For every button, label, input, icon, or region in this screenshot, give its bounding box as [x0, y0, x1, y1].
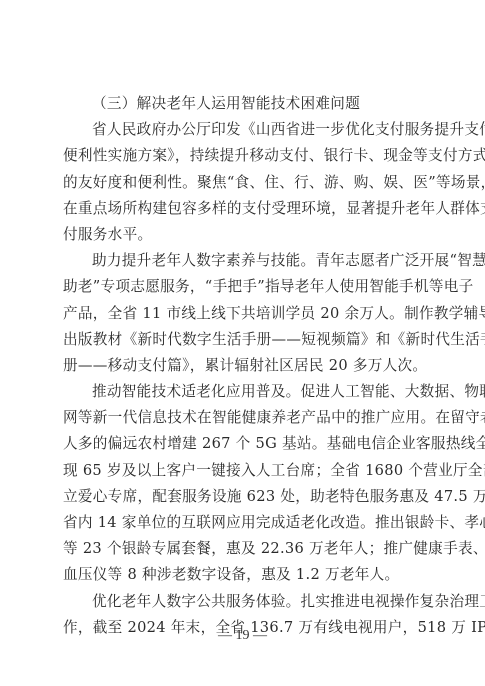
section-heading: （三）解决老年人运用智能技术困难问题	[63, 91, 425, 117]
paragraph-line: 在重点场所构建包容多样的支付受理环境，显著提升老年人群体支	[63, 196, 425, 222]
paragraph-line: 产品，全省 11 市线上线下共培训学员 20 余万人。制作教学辅导视频，	[63, 301, 425, 327]
paragraph-line: 册——移动支付篇》，累计辐射社区居民 20 多万人次。	[63, 353, 425, 379]
page-number: — 19 —	[0, 628, 485, 644]
paragraph-line: 现 65 岁及以上客户一键接入人工台席；全省 1680 个营业厅全部设	[63, 458, 425, 484]
paragraph-line: 助力提升老年人数字素养与技能。青年志愿者广泛开展“智慧	[63, 248, 425, 274]
paragraph-line: 省人民政府办公厅印发《山西省进一步优化支付服务提升支付	[63, 117, 425, 143]
paragraph-line: 便利性实施方案》，持续提升移动支付、银行卡、现金等支付方式	[63, 143, 425, 169]
paragraph-digital-literacy: 助力提升老年人数字素养与技能。青年志愿者广泛开展“智慧 助老”专项志愿服务，“手…	[63, 248, 425, 379]
paragraph-line: 立爱心专席，配套服务设施 623 处，助老特色服务惠及 47.5 万人次；	[63, 484, 425, 510]
paragraph-line: 血压仪等 8 种涉老数字设备，惠及 1.2 万老年人。	[63, 562, 425, 588]
paragraph-line: 助老”专项志愿服务，“手把手”指导老年人使用智能手机等电子	[63, 274, 425, 300]
page-body: （三）解决老年人运用智能技术困难问题 省人民政府办公厅印发《山西省进一步优化支付…	[63, 91, 425, 641]
paragraph-line: 出版教材《新时代数字生活手册——短视频篇》和《新时代生活手	[63, 327, 425, 353]
paragraph-line: 付服务水平。	[63, 222, 425, 248]
paragraph-line: 等 23 个银龄专属套餐，惠及 22.36 万老年人；推广健康手表、智能	[63, 536, 425, 562]
paragraph-line: 的友好度和便利性。聚焦“食、住、行、游、购、娱、医”等场景，	[63, 170, 425, 196]
paragraph-line: 推动智能技术适老化应用普及。促进人工智能、大数据、物联	[63, 379, 425, 405]
paragraph-smart-tech-adoption: 推动智能技术适老化应用普及。促进人工智能、大数据、物联 网等新一代信息技术在智能…	[63, 379, 425, 589]
paragraph-line: 优化老年人数字公共服务体验。扎实推进电视操作复杂治理工	[63, 589, 425, 615]
paragraph-line: 人多的偏远农村增建 267 个 5G 基站。基础电信企业客服热线全部实	[63, 431, 425, 457]
document-page: （三）解决老年人运用智能技术困难问题 省人民政府办公厅印发《山西省进一步优化支付…	[0, 0, 485, 686]
paragraph-payment-convenience: 省人民政府办公厅印发《山西省进一步优化支付服务提升支付 便利性实施方案》，持续提…	[63, 117, 425, 248]
paragraph-line: 省内 14 家单位的互联网应用完成适老化改造。推出银龄卡、孝心卡	[63, 510, 425, 536]
paragraph-line: 网等新一代信息技术在智能健康养老产品中的推广应用。在留守老	[63, 405, 425, 431]
